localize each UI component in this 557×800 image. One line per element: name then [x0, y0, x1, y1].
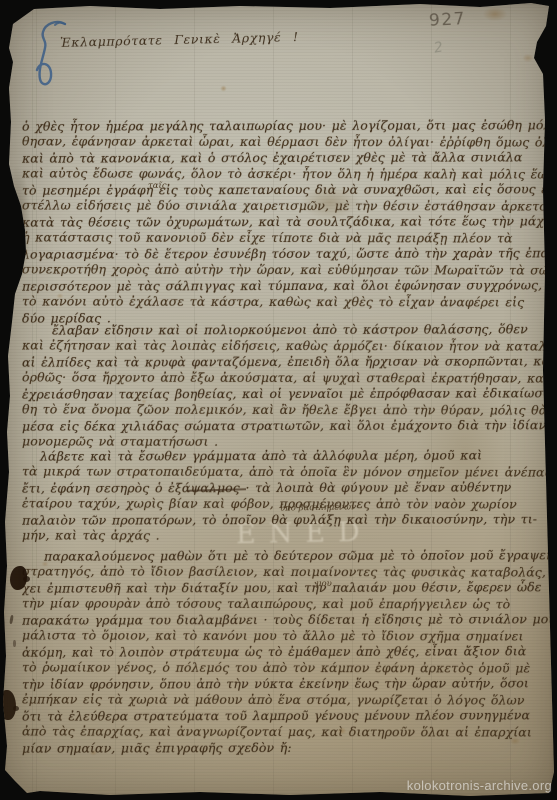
handwriting-paragraph-3: λάβετε καὶ τὰ ἔσωθεν γράμματα ἀπὸ τὰ ἀλλ…: [22, 448, 552, 544]
handwriting-line: καὶ ἐζήτησαν καὶ τὰς λοιπὰς εἰδήσεις, κα…: [22, 337, 552, 354]
handwriting-line: μήν, καὶ τὰς ἀρχάς .: [22, 527, 552, 544]
interlinear-annotation: ταῖς: [148, 181, 167, 191]
handwriting-line: ὁ χθὲς ἦτον ἡμέρα μεγάλης ταλαιπωρίας μο…: [22, 117, 552, 134]
ink-blot: [0, 690, 16, 720]
handwriting-paragraph-1: ὁ χθὲς ἦτον ἡμέρα μεγάλης ταλαιπωρίας μο…: [22, 118, 552, 326]
handwriting-line: στρατηγός, ἀπὸ τὸ ἴδιον βασίλειον, καὶ π…: [22, 563, 552, 580]
stain: [219, 84, 228, 93]
handwriting-line: τὸ κανόνι αὐτὸ ἐχάλασε τὰ κάστρα, καθὼς …: [22, 293, 552, 310]
handwriting-line: καὶ αὐτὸς ἔδωσε φωνάς, ὅλον τὸ ἀσκέρι· ἦ…: [22, 165, 552, 182]
handwriting-line: καὶ ἀπὸ τὰ κανονάκια, καὶ ὁ στόλος ἐχαιρ…: [22, 149, 552, 166]
handwriting-line: ἡ κατάστασις τοῦ κανονιοῦ δὲν εἶχε τίποτ…: [22, 229, 552, 246]
handwriting-line: μέσα εἰς δέκα χιλιάδας σώματα στρατιωτῶν…: [22, 417, 552, 434]
handwriting-line: ἔλαβαν εἴδησιν καὶ οἱ πολιορκούμενοι ἀπὸ…: [22, 321, 552, 338]
handwriting-line: συνεκροτήθη χορὸς ἀπὸ αὐτὴν τὴν ὥραν, κα…: [22, 261, 552, 278]
handwriting-line: κατὰ τὰς θέσεις τῶν ὀχυρωμάτων, καὶ τὰ σ…: [22, 213, 552, 230]
ink-blot: [13, 640, 16, 647]
handwriting-line: ἐχρειάσθησαν ταχείας βοηθείας, καὶ οἱ γε…: [22, 385, 552, 402]
handwriting-line: ὅτι τὰ ἐλεύθερα στρατεύματα τοῦ λαμπροῦ …: [22, 707, 552, 724]
blue-flourish-mark: [27, 16, 71, 100]
handwriting-line: παρακάτω γράμμα του διαλαμβάνει · τοὺς δ…: [22, 611, 552, 628]
handwriting-line: τὴν ἰδίαν φρόνησιν, ὅπου ἀπὸ τὴν νύκτα ἐ…: [22, 675, 552, 692]
handwriting-line: ἀπὸ τὰς ἐπαρχίας, καὶ ἀναγνωρίζονταί μας…: [22, 723, 552, 740]
handwriting-paragraph-2: ἔλαβαν εἴδησιν καὶ οἱ πολιορκούμενοι ἀπὸ…: [22, 322, 552, 450]
handwriting-line: ἔτι, ἐφάνη σεσηρὸς ὁ ἐξάψαλμος · τὰ λοιπ…: [22, 479, 552, 496]
handwriting-line: τὴν μίαν φρουρὰν ἀπὸ τόσους ταλαιπώρους,…: [22, 595, 552, 612]
handwriting-line: ὀρθῶς· ὅσα ἤρχοντο ἀπὸ ἔξω ἀκούσματα, αἱ…: [22, 369, 552, 386]
handwriting-line: μάλιστα τὸ ὅμοιον, καὶ τὸ κανόνι μου τὸ …: [22, 627, 552, 644]
scanned-document: ENED Ἐκλαμπρότατε Γενικὲ Ἀρχηγέ ! 927 2: [0, 0, 557, 800]
manuscript-paper: ENED Ἐκλαμπρότατε Γενικὲ Ἀρχηγέ ! 927 2: [0, 0, 557, 800]
handwriting-line: θησαν, ἐφάνησαν ἀρκεταὶ ὧραι, καὶ θέρμασ…: [22, 133, 552, 150]
handwriting-line: περισσότερον μὲ τὰς σάλπιγγας καὶ τύμπαν…: [22, 277, 552, 294]
interlinear-annotation: ὑπὸ βασιλημένων: [280, 502, 356, 513]
handwriting-line: ἀκόμη, καὶ τὸ λοιπὸν στράτευμα ὡς τὸ ἐμά…: [22, 643, 552, 660]
ink-blot: [13, 706, 19, 711]
stain: [520, 52, 536, 64]
handwriting-line: μίαν σημαίαν, μιᾶς ἐπιγραφῆς σχεδὸν ἤ:: [22, 739, 552, 756]
site-watermark: kolokotronis-archive.org: [407, 778, 552, 793]
handwriting-line: ἐμπήκαν εἰς τὰ χωριὰ νὰ μάθουν ἀπὸ ἕνα σ…: [22, 691, 552, 708]
ink-blot: [23, 576, 30, 582]
handwriting-line: παλαιὸν τῶν προπατόρων, τὸ ὁποῖον θὰ φυλ…: [22, 511, 552, 528]
archive-number: 927: [429, 9, 467, 31]
handwriting-line: αἱ ἐλπίδες καὶ τὰ κρυφὰ φανταζόμενα, ἐπε…: [22, 353, 552, 370]
handwriting-line: λογαριασμένα· τὸ δὲ ἕτερον ἐσυνέβη τόσον…: [22, 245, 552, 262]
handwriting-line: λάβετε καὶ τὰ ἔσωθεν γράμματα ἀπὸ τὰ ἀλλ…: [22, 447, 552, 464]
handwriting-line: τὸ ῥωμαίικον γένος, ὁ πόλεμός του ἀπὸ τὸ…: [22, 659, 552, 676]
handwriting-paragraph-4: παρακαλούμενος μαθὼν ὅτι μὲ τὸ δεύτερον …: [22, 548, 552, 756]
handwriting-line: τὸ μεσημέρι ἐγράφη εἰς τοὺς καπεταναίους…: [22, 181, 552, 198]
interlinear-annotation: μου: [316, 579, 332, 589]
handwriting-line: στέλλω εἰδήσεις μὲ δύο σινιάλα χαιρετισμ…: [22, 197, 552, 214]
stain: [478, 4, 512, 24]
handwriting-line: παρακαλούμενος μαθὼν ὅτι μὲ τὸ δεύτερον …: [22, 547, 552, 564]
handwriting-line: τὰ μικρά των στρατοπαιδεύματα, ἀπὸ τὰ ὁπ…: [22, 463, 552, 480]
handwriting-line: χει ἐμπιστευθῆ καὶ τὴν διάταξίν μου, καὶ…: [22, 579, 552, 596]
handwriting-line: θη τὸ ἕνα ὄνομα ζῶον πολεμικόν, καὶ ἂν ἤ…: [22, 401, 552, 418]
